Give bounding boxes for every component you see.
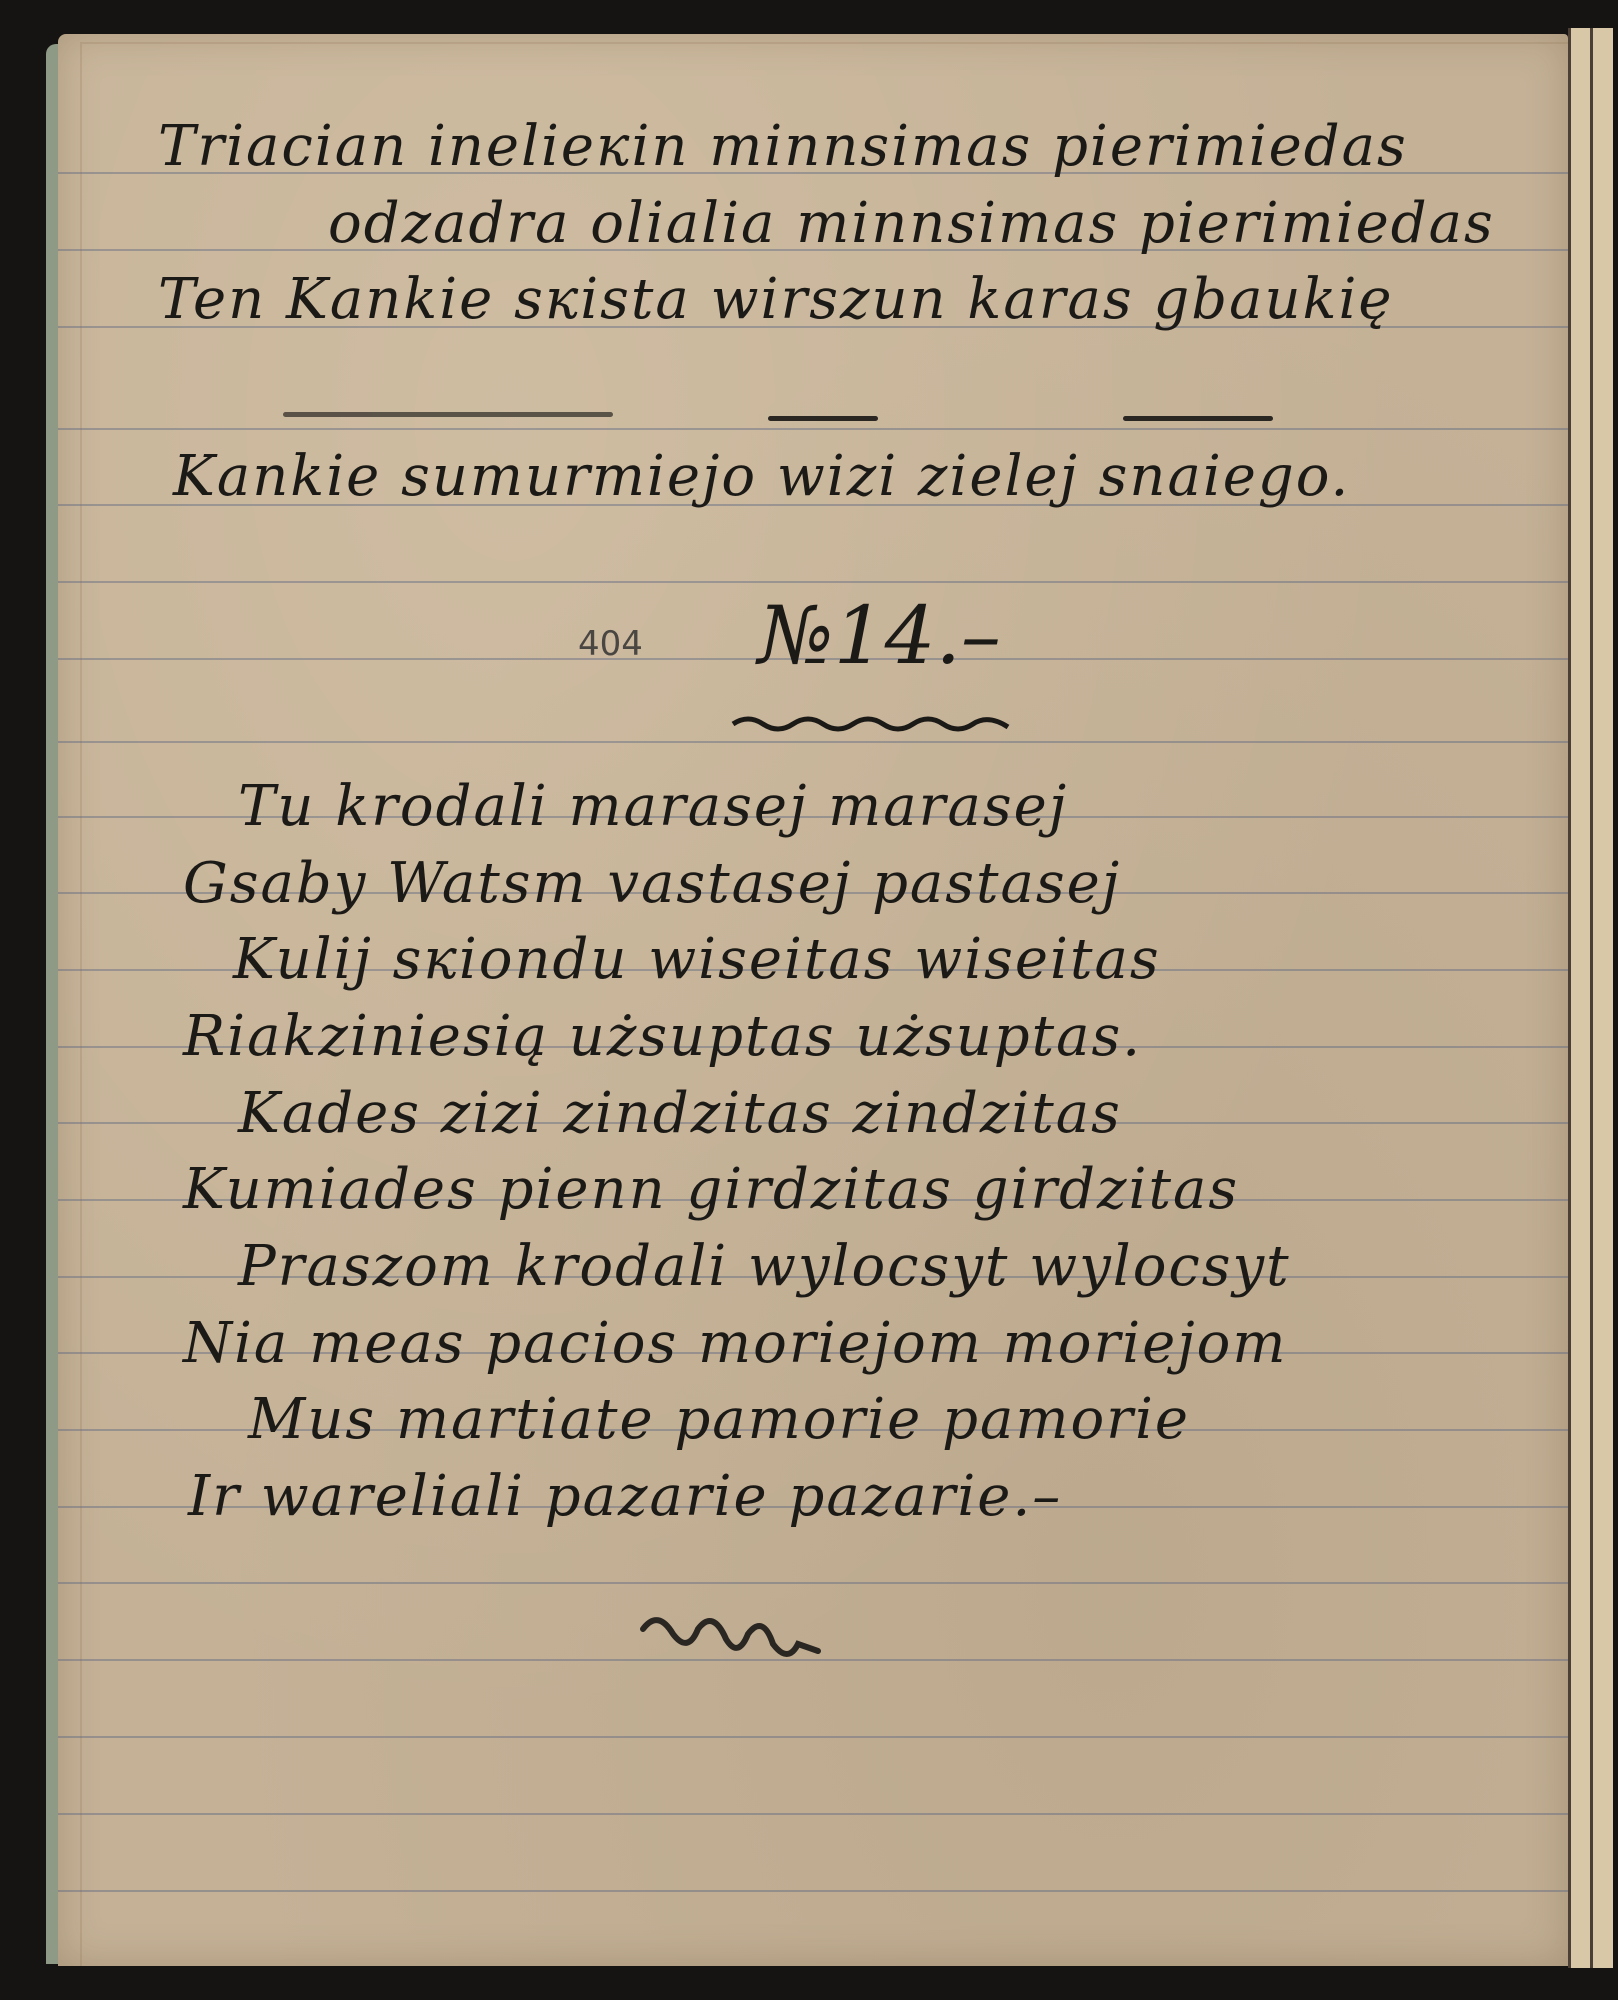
handwritten-line: odzadra olialia minnsiтas pierimiedas [328,191,1495,256]
song-line: Kulij sкiondu wiseitas wiseitas [233,927,1161,992]
end-flourish-squiggle [638,1609,828,1669]
song-line: Tu krodali marasej marasej [238,774,1068,839]
song-line: Nia mеas pacios moriejom moriejom [183,1311,1287,1376]
ruled-line [58,1582,1568,1584]
pencil-page-number: 404 [578,624,643,664]
song-line: Praszom krodali wylocsyt wylocsyt [238,1234,1291,1299]
dash-divider [768,416,878,421]
dash-divider [1123,416,1273,421]
handwritten-line: Triacian inelieкin minnsiтas pierimiedas [158,114,1408,179]
ruled-line [58,1890,1568,1892]
song-line: Mus martiate pamorie pamorie [248,1387,1190,1452]
heading-underline-squiggle [728,709,1018,739]
handwritten-line: Ten Kankie sкista wirszun karas gbaukię [158,267,1394,332]
back-page-edge [1590,28,1613,1968]
song-line: Kumiades pienn girdzitas girdzitas [183,1157,1239,1222]
back-page-edge [1568,28,1591,1968]
song-line: Ir wareliali pazarie pazarie.– [188,1464,1062,1529]
song-line: Riakziniesią użsuptas użsuptas. [183,1004,1142,1069]
ruled-line [58,1736,1568,1738]
ruled-line [58,1813,1568,1815]
handwritten-line: Kankie sumurmiejo wizi zielej snaiego. [173,444,1350,509]
ruled-line [58,428,1568,430]
song-line: Gsaby Watsm vastasej pastasej [183,851,1121,916]
song-number-heading: №14.– [758,589,1001,682]
ruled-line [58,741,1568,743]
dash-divider [283,412,613,417]
ruled-line [58,581,1568,583]
song-line: Kades zizi zindzitas zindzitas [238,1081,1122,1146]
notebook-page: Triacian inelieкin minnsiтas pierimiedas… [58,34,1568,1966]
